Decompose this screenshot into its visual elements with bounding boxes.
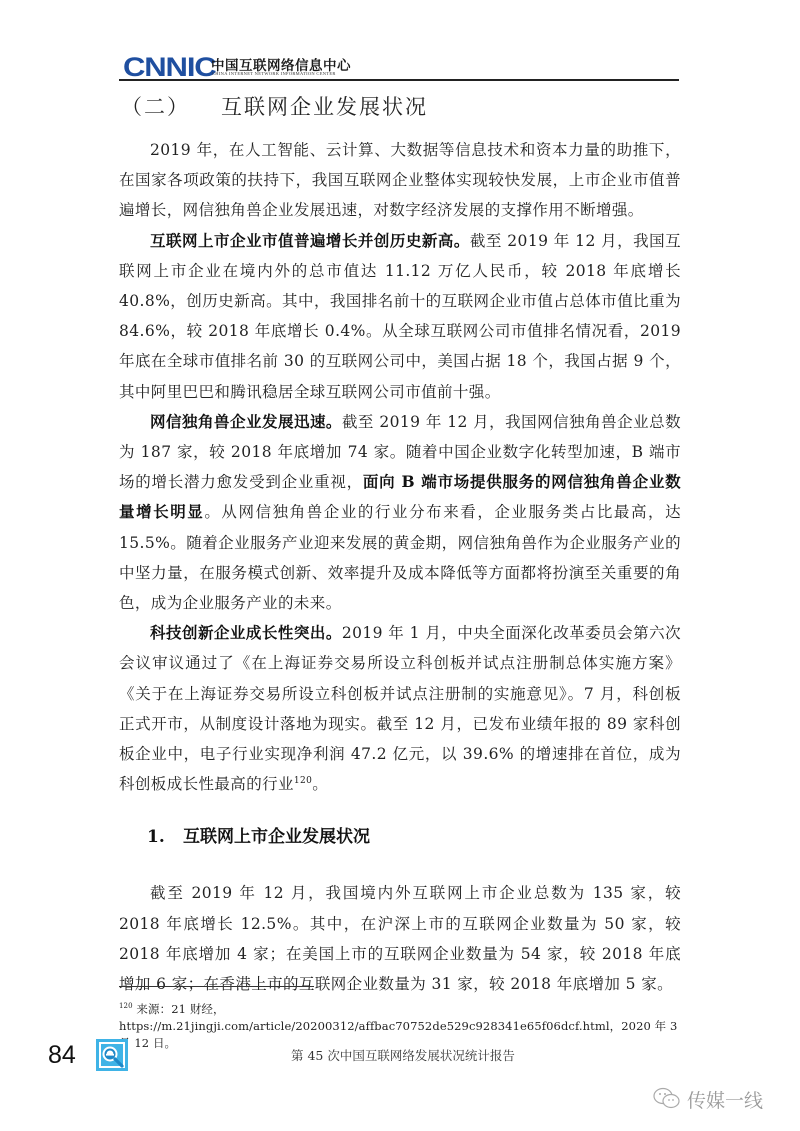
footnote-ref[interactable]: 120 [294, 776, 312, 786]
paragraph-lead: 网信独角兽企业发展迅速。 [150, 412, 342, 431]
paragraph-text: 。从网信独角兽企业的行业分布来看，企业服务类占比最高，达 15.5%。随着企业服… [119, 503, 681, 612]
paragraph-listed-market-value: 互联网上市企业市值普遍增长并创历史新高。截至 2019 年 12 月，我国互联网… [119, 226, 681, 407]
section-title: 互联网企业发展状况 [221, 95, 428, 119]
paragraph-lead: 互联网上市企业市值普遍增长并创历史新高。 [150, 231, 470, 250]
logo-english-name: CHINA INTERNET NETWORK INFORMATION CENTE… [212, 71, 336, 76]
subsection-title: 互联网上市企业发展状况 [183, 827, 370, 847]
header-divider [119, 79, 679, 81]
paragraph-lead: 科技创新企业成长性突出。 [150, 623, 342, 642]
punctuation: 。 [312, 775, 328, 793]
subsection-heading: 1.互联网上市企业发展状况 [119, 822, 681, 852]
paragraph-text: 截至 2019 年 12 月，我国境内外互联网上市企业总数为 135 家，较 2… [119, 884, 681, 993]
footnote-text: 来源：21 财经，https://m.21jingji.com/article/… [119, 1002, 677, 1050]
paragraph-unicorns: 网信独角兽企业发展迅速。截至 2019 年 12 月，我国网信独角兽企业总数为 … [119, 407, 681, 618]
wechat-watermark: 传媒一线 [653, 1084, 763, 1114]
cnnic-logo: CNNIC [123, 54, 216, 80]
ie-search-icon [96, 1039, 128, 1071]
paragraph-intro: 2019 年，在人工智能、云计算、大数据等信息技术和资本力量的助推下，在国家各项… [119, 135, 681, 226]
section-heading: （二）互联网企业发展状况 [119, 88, 681, 126]
page-number: 84 [48, 1041, 76, 1070]
page-header: CNNIC 中国互联网络信息中心 CHINA INTERNET NETWORK … [119, 50, 679, 82]
wechat-icon [653, 1087, 681, 1111]
subsection-number: 1. [147, 822, 183, 852]
footnote-divider [119, 986, 314, 987]
footnote: 120 来源：21 财经，https://m.21jingji.com/arti… [119, 1001, 681, 1052]
page-content: （二）互联网企业发展状况 2019 年，在人工智能、云计算、大数据等信息技术和资… [119, 88, 681, 999]
paragraph-text: 截至 2019 年 12 月，我国互联网上市企业在境内外的总市值达 11.12 … [119, 232, 681, 401]
paragraph-text: 2019 年，在人工智能、云计算、大数据等信息技术和资本力量的助推下，在国家各项… [119, 141, 681, 219]
footnote-number: 120 [119, 1002, 133, 1010]
paragraph-listed-count: 截至 2019 年 12 月，我国境内外互联网上市企业总数为 135 家，较 2… [119, 878, 681, 999]
paragraph-tech-innovation: 科技创新企业成长性突出。2019 年 1 月，中央全面深化改革委员会第六次会议审… [119, 618, 681, 799]
paragraph-text: 2019 年 1 月，中央全面深化改革委员会第六次会议审议通过了《在上海证券交易… [119, 624, 681, 793]
watermark-text: 传媒一线 [687, 1086, 763, 1113]
section-number: （二） [119, 88, 221, 126]
report-title: 第 45 次中国互联网络发展状况统计报告 [291, 1046, 515, 1064]
